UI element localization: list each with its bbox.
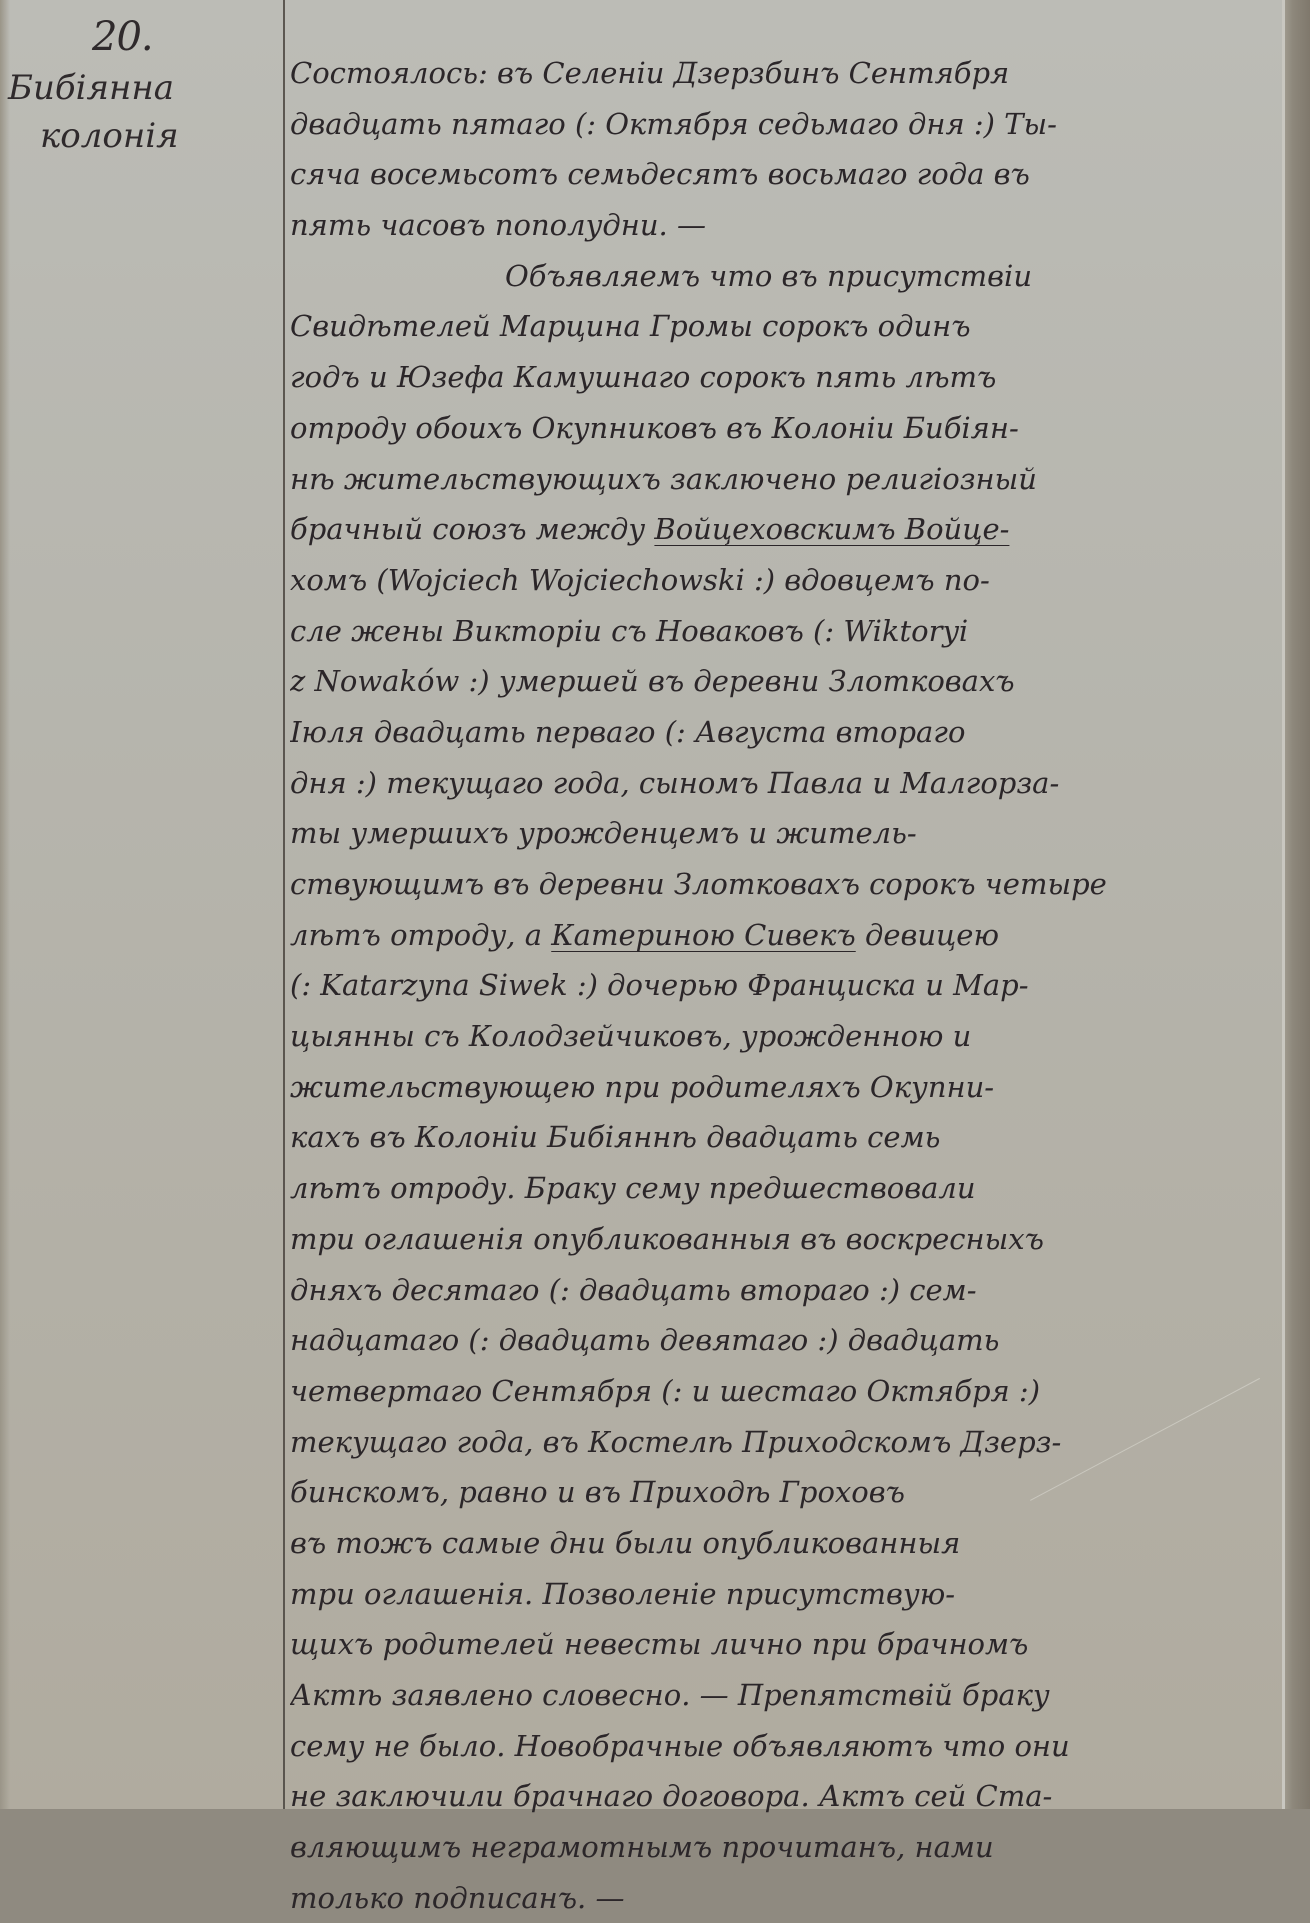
text-line: Состоялось: въ Селеніи Дзерзбинъ Сентябр… [290, 48, 1275, 99]
text-line: годъ и Юзефа Камушнаго сорокъ пять лѣтъ [290, 352, 1275, 403]
text-line: лѣтъ отроду. Браку сему предшествовали [290, 1163, 1275, 1214]
text-line: ствующимъ въ деревни Злотковахъ сорокъ ч… [290, 859, 1275, 910]
text-line: дняхъ десятаго (: двадцать втораго :) се… [290, 1265, 1275, 1316]
text-line: три оглашенія опубликованныя въ воскресн… [290, 1214, 1275, 1265]
margin-rule-line [283, 0, 285, 1809]
entry-number: 20. [92, 14, 153, 60]
text-line: четвертаго Сентября (: и шестаго Октября… [290, 1366, 1275, 1417]
text-line: Актѣ заявлено словесно. — Препятствій бр… [290, 1670, 1275, 1721]
margin-note-line: колонія [8, 112, 278, 160]
text-line: отроду обоихъ Окупниковъ въ Колоніи Бибі… [290, 403, 1275, 454]
text-line: цыянны съ Колодзейчиковъ, урожденною и [290, 1011, 1275, 1062]
book-page-edge [1282, 0, 1310, 1809]
text-line: z Nowaków :) умершей въ деревни Злоткова… [290, 656, 1275, 707]
text-line: щихъ родителей невесты лично при брачном… [290, 1619, 1275, 1670]
margin-note-locality: Бибіянна колонія [8, 64, 278, 160]
underlined-name: Войцеховскимъ Войце- [654, 512, 1009, 546]
register-page: 20. Бибіянна колонія Состоялось: въ Селе… [0, 0, 1282, 1809]
text-line-paragraph-start: Объявляемъ что въ присутствіи [290, 251, 1275, 302]
page-shadow [0, 0, 10, 1809]
text-line: дня :) текущаго года, сыномъ Павла и Мал… [290, 758, 1275, 809]
text-line: надцатаго (: двадцать девятаго :) двадца… [290, 1315, 1275, 1366]
paper-edge-highlight [1282, 0, 1285, 1809]
text-line-groom-name: брачный союзъ между Войцеховскимъ Войце- [290, 504, 1275, 555]
text-line: жительствующею при родителяхъ Окупни- [290, 1062, 1275, 1113]
text-line: сяча восемьсотъ семьдесятъ восьмаго года… [290, 149, 1275, 200]
text-line: Свидѣтелей Марцина Громы сорокъ одинъ [290, 301, 1275, 352]
margin-note-line: Бибіянна [8, 64, 278, 112]
text-line: ты умершихъ урожденцемъ и житель- [290, 808, 1275, 859]
text-line: нѣ жительствующихъ заключено религіозный [290, 454, 1275, 505]
text-line: сему не было. Новобрачные объявляютъ что… [290, 1721, 1275, 1772]
text-line-bride-name: лѣтъ отроду, а Катериною Сивекъ девицею [290, 910, 1275, 961]
text-line: сле жены Викторіи съ Новаковъ (: Wiktory… [290, 606, 1275, 657]
text-line: (: Katarzyna Siwek :) дочерью Франциска … [290, 960, 1275, 1011]
text-line: двадцать пятаго (: Октября седьмаго дня … [290, 99, 1275, 150]
text-line: Іюля двадцать перваго (: Августа втораго [290, 707, 1275, 758]
text-line: хомъ (Wojciech Wojciechowski :) вдовцемъ… [290, 555, 1275, 606]
text-line: пять часовъ пополудни. — [290, 200, 1275, 251]
text-line: кахъ въ Колоніи Бибіяннѣ двадцать семь [290, 1112, 1275, 1163]
underlined-name: Катериною Сивекъ [551, 918, 856, 952]
text-line: не заключили брачнаго договора. Актъ сей… [290, 1771, 1275, 1809]
